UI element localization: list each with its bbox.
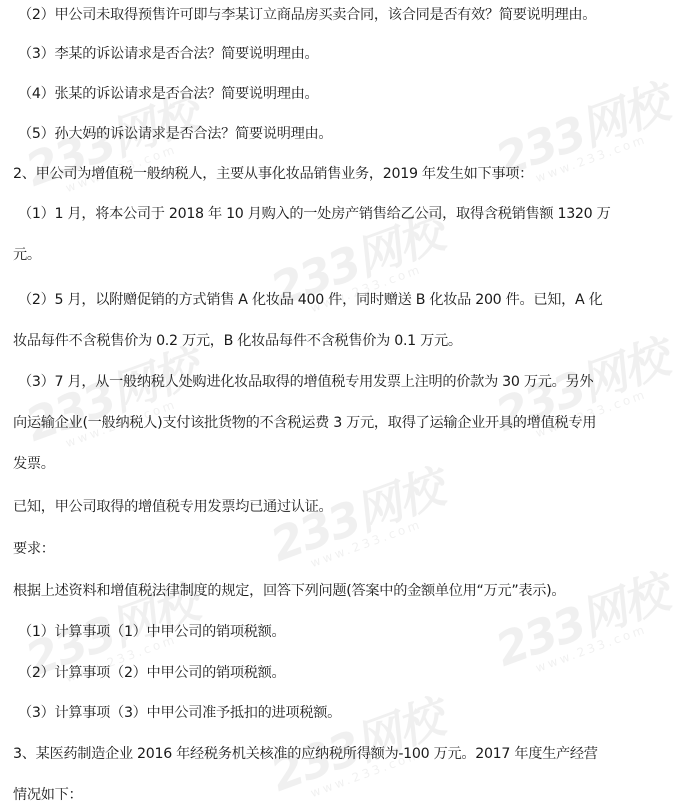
case-2-question-2: （2）计算事项（2）中甲公司的销项税额。: [18, 663, 285, 683]
watermark: 233网校www.233.com: [20, 344, 207, 459]
watermark: 233网校www.233.com: [20, 89, 207, 204]
question-2-4-5: （5）孙大妈的诉讼请求是否合法？简要说明理由。: [18, 124, 332, 144]
case-2-known: 已知，甲公司取得的增值税专用发票均已通过认证。: [13, 497, 332, 517]
case-2-item-2-cont: 妆品每件不含税售价为 0.2 万元，B 化妆品每件不含税售价为 0.1 万元。: [13, 331, 462, 351]
case-3-intro-cont: 情况如下：: [13, 785, 82, 805]
case-3-intro: 3、某医药制造企业 2016 年经税务机关核准的应纳税所得额为-100 万元。2…: [13, 744, 598, 764]
case-2-item-3-end: 发票。: [13, 454, 55, 474]
case-2-item-1-cont: 元。: [13, 245, 41, 265]
document-page: 233网校www.233.com 233网校www.233.com 233网校w…: [0, 0, 700, 805]
case-2-question-1: （1）计算事项（1）中甲公司的销项税额。: [18, 622, 285, 642]
case-2-item-1: （1）1 月，将本公司于 2018 年 10 月购入的一处房产销售给乙公司，取得…: [18, 204, 610, 224]
question-2-4-4: （4）张某的诉讼请求是否合法？简要说明理由。: [18, 84, 318, 104]
case-2-intro: 2、甲公司为增值税一般纳税人，主要从事化妆品销售业务，2019 年发生如下事项：: [13, 164, 533, 184]
case-2-question-3: （3）计算事项（3）中甲公司准予抵扣的进项税额。: [18, 703, 341, 723]
requirements-label: 要求：: [13, 539, 55, 559]
question-2-4-2: （2）甲公司未取得预售许可即与李某订立商品房买卖合同，该合同是否有效？简要说明理…: [18, 5, 596, 25]
case-2-item-2: （2）5 月，以附赠促销的方式销售 A 化妆品 400 件，同时赠送 B 化妆品…: [18, 290, 603, 310]
case-2-item-3-cont: 向运输企业(一般纳税人)支付该批货物的不含税运费 3 万元，取得了运输企业开具的…: [13, 413, 596, 433]
case-2-item-3: （3）7 月，从一般纳税人处购进化妆品取得的增值税专用发票上注明的价款为 30 …: [18, 372, 593, 392]
watermark: 233网校www.233.com: [265, 464, 452, 579]
requirements-text: 根据上述资料和增值税法律制度的规定，回答下列问题(答案中的金额单位用“万元”表示…: [13, 581, 565, 601]
question-2-4-3: （3）李某的诉讼请求是否合法？简要说明理由。: [18, 44, 318, 64]
